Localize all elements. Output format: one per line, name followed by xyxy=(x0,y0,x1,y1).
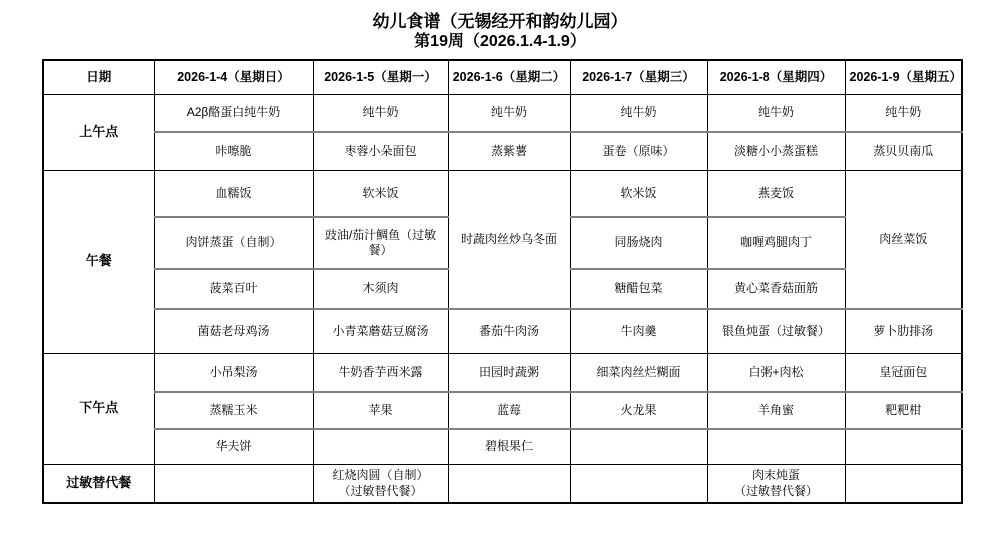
date-corner-label: 日期 xyxy=(43,60,154,94)
menu-cell: 火龙果 xyxy=(570,392,707,429)
menu-cell-merged: 肉丝菜饭 xyxy=(845,170,962,309)
menu-cell: 糖醋包菜 xyxy=(570,269,707,309)
header-row: 日期 2026-1-4（星期日） 2026-1-5（星期一） 2026-1-6（… xyxy=(43,60,962,94)
title-block: 幼儿食谱（无锡经开和韵幼儿园） 第19周（2026.1.4-1.9） xyxy=(0,0,1000,52)
table-row: 过敏替代餐 红烧肉圆（自制） （过敏替代餐） 肉末炖蛋 （过敏替代餐） xyxy=(43,464,962,503)
menu-cell xyxy=(313,429,448,464)
table-row: 午餐 血糯饭 软米饭 时蔬肉丝炒乌冬面 软米饭 燕麦饭 肉丝菜饭 xyxy=(43,170,962,217)
table-row: 华夫饼 碧根果仁 xyxy=(43,429,962,464)
menu-cell xyxy=(448,464,570,503)
menu-cell: 燕麦饭 xyxy=(707,170,845,217)
menu-cell: 菌菇老母鸡汤 xyxy=(154,309,313,353)
menu-cell: 小吊梨汤 xyxy=(154,353,313,392)
day-header: 2026-1-4（星期日） xyxy=(154,60,313,94)
menu-cell: 枣蓉小朵面包 xyxy=(313,132,448,170)
day-header: 2026-1-5（星期一） xyxy=(313,60,448,94)
table-row: 咔嚓脆 枣蓉小朵面包 蒸紫薯 蛋卷（原味） 淡糖小小蒸蛋糕 蒸贝贝南瓜 xyxy=(43,132,962,170)
section-label-allergy-alternative: 过敏替代餐 xyxy=(43,464,154,503)
menu-cell: 皇冠面包 xyxy=(845,353,962,392)
menu-cell: 纯牛奶 xyxy=(448,94,570,132)
menu-cell: 木须肉 xyxy=(313,269,448,309)
menu-cell: 血糯饭 xyxy=(154,170,313,217)
menu-cell: 白粥+肉松 xyxy=(707,353,845,392)
menu-cell-merged: 时蔬肉丝炒乌冬面 xyxy=(448,170,570,309)
menu-cell: 羊角蜜 xyxy=(707,392,845,429)
menu-cell xyxy=(570,429,707,464)
menu-cell: 软米饭 xyxy=(570,170,707,217)
menu-cell xyxy=(707,429,845,464)
menu-cell: 蛋卷（原味） xyxy=(570,132,707,170)
day-header: 2026-1-6（星期二） xyxy=(448,60,570,94)
menu-cell: A2β酪蛋白纯牛奶 xyxy=(154,94,313,132)
menu-cell: 华夫饼 xyxy=(154,429,313,464)
menu-cell: 细菜肉丝烂糊面 xyxy=(570,353,707,392)
menu-cell: 豉油/茄汁鲷鱼（过敏餐） xyxy=(313,217,448,269)
menu-cell: 蒸贝贝南瓜 xyxy=(845,132,962,170)
menu-cell: 番茄牛肉汤 xyxy=(448,309,570,353)
menu-cell: 纯牛奶 xyxy=(313,94,448,132)
menu-cell: 红烧肉圆（自制） （过敏替代餐） xyxy=(313,464,448,503)
menu-cell: 菠菜百叶 xyxy=(154,269,313,309)
menu-cell xyxy=(154,464,313,503)
weekly-menu-table: 日期 2026-1-4（星期日） 2026-1-5（星期一） 2026-1-6（… xyxy=(42,59,963,504)
menu-page: 幼儿食谱（无锡经开和韵幼儿园） 第19周（2026.1.4-1.9） 日期 20… xyxy=(0,0,1000,551)
menu-cell xyxy=(845,464,962,503)
section-label-lunch: 午餐 xyxy=(43,170,154,353)
menu-cell: 软米饭 xyxy=(313,170,448,217)
menu-cell: 萝卜肋排汤 xyxy=(845,309,962,353)
menu-cell: 咔嚓脆 xyxy=(154,132,313,170)
day-header: 2026-1-9（星期五） xyxy=(845,60,962,94)
menu-cell: 牛奶香芋西米露 xyxy=(313,353,448,392)
menu-cell: 牛肉羹 xyxy=(570,309,707,353)
menu-cell: 肉饼蒸蛋（自制） xyxy=(154,217,313,269)
menu-cell xyxy=(845,429,962,464)
menu-cell: 同肠烧肉 xyxy=(570,217,707,269)
menu-cell: 蒸糯玉米 xyxy=(154,392,313,429)
menu-cell: 碧根果仁 xyxy=(448,429,570,464)
table-row: 蒸糯玉米 苹果 蓝莓 火龙果 羊角蜜 粑粑柑 xyxy=(43,392,962,429)
day-header: 2026-1-7（星期三） xyxy=(570,60,707,94)
menu-cell: 蒸紫薯 xyxy=(448,132,570,170)
menu-cell: 淡糖小小蒸蛋糕 xyxy=(707,132,845,170)
menu-cell: 小青菜蘑菇豆腐汤 xyxy=(313,309,448,353)
menu-cell: 纯牛奶 xyxy=(845,94,962,132)
page-subtitle: 第19周（2026.1.4-1.9） xyxy=(0,32,1000,52)
table-row: 下午点 小吊梨汤 牛奶香芋西米露 田园时蔬粥 细菜肉丝烂糊面 白粥+肉松 皇冠面… xyxy=(43,353,962,392)
menu-cell: 肉末炖蛋 （过敏替代餐） xyxy=(707,464,845,503)
menu-cell: 蓝莓 xyxy=(448,392,570,429)
menu-cell: 咖喱鸡腿肉丁 xyxy=(707,217,845,269)
section-label-morning-snack: 上午点 xyxy=(43,94,154,170)
table-row: 上午点 A2β酪蛋白纯牛奶 纯牛奶 纯牛奶 纯牛奶 纯牛奶 纯牛奶 xyxy=(43,94,962,132)
menu-cell xyxy=(570,464,707,503)
menu-cell: 纯牛奶 xyxy=(570,94,707,132)
menu-cell: 纯牛奶 xyxy=(707,94,845,132)
menu-cell: 粑粑柑 xyxy=(845,392,962,429)
day-header: 2026-1-8（星期四） xyxy=(707,60,845,94)
page-title: 幼儿食谱（无锡经开和韵幼儿园） xyxy=(0,11,1000,32)
table-row: 菌菇老母鸡汤 小青菜蘑菇豆腐汤 番茄牛肉汤 牛肉羹 银鱼炖蛋（过敏餐） 萝卜肋排… xyxy=(43,309,962,353)
menu-cell: 苹果 xyxy=(313,392,448,429)
section-label-afternoon-snack: 下午点 xyxy=(43,353,154,464)
menu-cell: 银鱼炖蛋（过敏餐） xyxy=(707,309,845,353)
menu-cell: 田园时蔬粥 xyxy=(448,353,570,392)
menu-cell: 黄心菜香菇面筋 xyxy=(707,269,845,309)
